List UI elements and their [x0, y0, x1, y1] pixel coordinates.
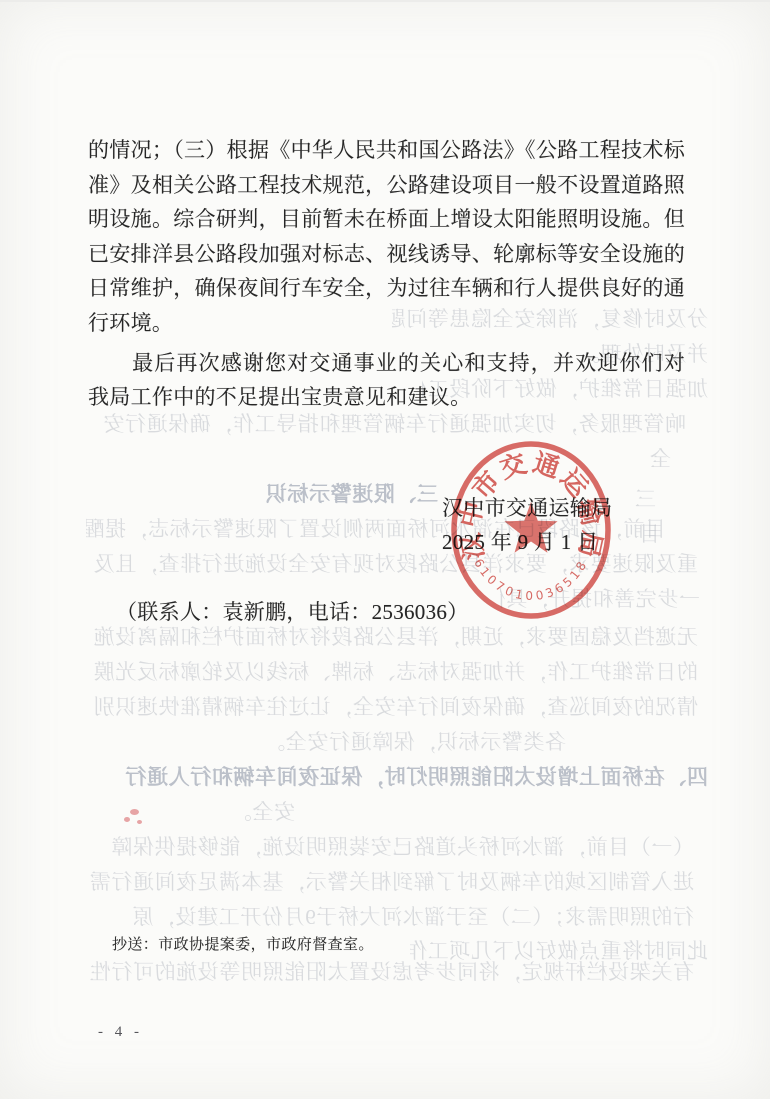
signature-date: 2025 年 9 月 1 日 — [442, 525, 612, 559]
bleedthrough-line: 各类警示标识，保障通行安全。 — [266, 729, 566, 755]
letter-body: 的情况；（三）根据《中华人民共和国公路法》《公路工程技术标准》及相关公路工程技术… — [88, 133, 685, 415]
scanned-document-page: 分及时修复，消除安全隐患等问题，并及时处理。加强日常维护，做好下阶段工作响管理服… — [0, 0, 770, 1099]
bleedthrough-line: 目 — [634, 521, 660, 547]
bleedthrough-line: 行的照明需求；（二）至于溜水河大桥于9月份开工建设，原 — [86, 904, 694, 930]
bleedthrough-line: 响管理服务，切实加强通行车辆管理和指导工作，确保通行安 — [86, 411, 686, 437]
body-paragraph-2: 最后再次感谢您对交通事业的关心和支持，并欢迎你们对我局工作中的不足提出宝贵意见和… — [88, 346, 685, 415]
cc-line: 抄送：市政协提案委，市政府督查室。 — [112, 933, 374, 954]
body-paragraph-1: 的情况；（三）根据《中华人民共和国公路法》《公路工程技术标准》及相关公路工程技术… — [88, 133, 685, 341]
bleedthrough-line: 情况的夜间巡查，确保夜间行车安全，让过往车辆精准快速识别 — [86, 694, 698, 720]
scan-edge-shadow — [0, 0, 770, 2]
bleedthrough-line: 进入管制区域的车辆及时了解到相关警示，基本满足夜间通行需 — [86, 869, 694, 895]
page-number: - 4 - — [98, 1024, 143, 1041]
bleedthrough-line: 全 — [645, 446, 671, 472]
bleedthrough-line: （一）目前，溜水河桥头道路已安装照明设施，能够提供保障 — [86, 834, 694, 860]
bleedthrough-line: 的日常维护工作，并加强对标志、标牌、标线以及轮廓标反光膜 — [86, 659, 698, 685]
bleedthrough-line: 三 — [626, 486, 656, 512]
bleedthrough-line: 一步完善和提升，具体 — [500, 586, 700, 612]
bleedthrough-line: 无遮挡及稳固要求，近期，洋县公路段将对桥面护栏和隔离设施 — [86, 624, 698, 650]
bleedthrough-line: 安全。 — [225, 799, 295, 825]
red-ink-speck — [137, 820, 142, 824]
svg-text:6107010036518: 6107010036518 — [471, 556, 591, 603]
bleedthrough-line: 三、限速警示标识 — [258, 481, 438, 507]
contact-line: （联系人：袁新鹏，电话：2536036） — [116, 596, 469, 626]
signature-block: 汉中市交通运输局 2025 年 9 月 1 日 — [442, 491, 612, 559]
signature-org: 汉中市交通运输局 — [442, 491, 612, 525]
bleedthrough-line: 有关架设栏杆规定，将同步考虑设置太阳能照明等设施的可行性 — [86, 959, 694, 985]
bleedthrough-line: 此同时将重点做好以下几项工作 — [410, 938, 708, 964]
red-ink-speck — [124, 817, 130, 822]
bleedthrough-line: 四、在桥面上增设太阳能照明灯时，保证夜间车辆和行人通行 — [86, 764, 708, 790]
seal-code: 6107010036518 — [471, 556, 591, 603]
red-ink-speck — [130, 809, 139, 815]
